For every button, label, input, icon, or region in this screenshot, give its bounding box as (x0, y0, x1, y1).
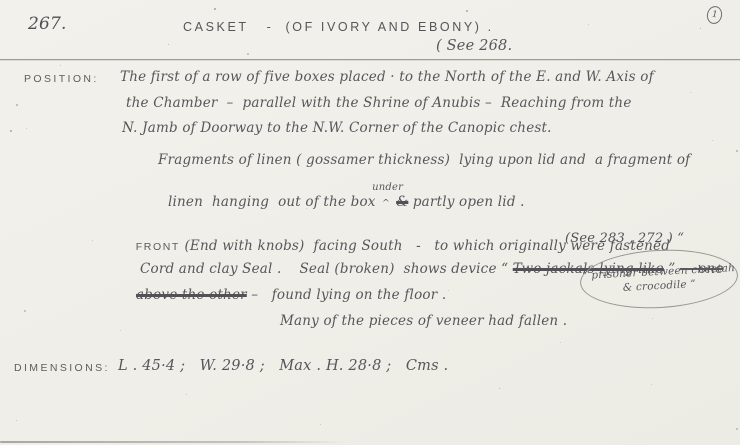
paper-speck (448, 290, 449, 291)
paper-speck (652, 318, 653, 319)
paper-speck (24, 310, 26, 312)
front-line-3-text: – found lying on the floor . (247, 287, 447, 303)
see-reference: ( See 268. (436, 38, 512, 54)
insertion-mark: under^ (380, 196, 396, 206)
dimensions-label: DIMENSIONS: (14, 362, 110, 374)
linen-note-line-2-end: partly open lid . (408, 194, 524, 210)
paper-speck (690, 92, 691, 93)
paper-speck (499, 388, 500, 389)
paper-speck (466, 10, 468, 12)
struck-ampersand: & (396, 194, 408, 210)
page-edge-shadow (0, 441, 345, 443)
paper-speck (736, 150, 738, 152)
header-divider (0, 59, 740, 60)
page-number-badge: 1 (705, 4, 724, 25)
position-line-2: the Chamber – parallel with the Shrine o… (126, 95, 632, 111)
paper-speck (168, 44, 169, 45)
object-number: 267. (28, 14, 67, 34)
paper-speck (651, 384, 652, 385)
paper-speck (92, 240, 93, 241)
record-card-page: 267. CASKET - (OF IVORY AND EBONY) . ( S… (0, 0, 740, 445)
inserted-see-reference: (See 283 , 272 ) “ (565, 231, 684, 246)
veneer-note: Many of the pieces of veneer had fallen … (280, 313, 567, 329)
position-line-1: The first of a row of five boxes placed … (120, 69, 654, 85)
page-number: 1 (711, 9, 719, 20)
paper-speck (16, 104, 18, 106)
paper-speck (120, 330, 121, 331)
paper-speck (16, 420, 17, 421)
position-label: POSITION: (24, 73, 99, 85)
front-note-line-3: above the other – found lying on the flo… (118, 271, 446, 319)
paper-speck (700, 28, 701, 29)
struck-above-the-other: above the other (136, 287, 247, 303)
paper-speck (736, 428, 738, 430)
linen-note-line-1: Fragments of linen ( gossamer thickness)… (158, 152, 690, 168)
paper-speck (540, 70, 541, 71)
paper-speck (10, 130, 12, 132)
paper-speck (588, 24, 589, 25)
paper-speck (26, 128, 27, 129)
paper-speck (186, 394, 187, 395)
paper-speck (247, 53, 249, 55)
linen-note-line-2-text: linen hanging out of the box (168, 194, 380, 210)
paper-speck (320, 424, 321, 425)
paper-speck (60, 65, 61, 66)
page-title: CASKET - (OF IVORY AND EBONY) . (183, 20, 494, 34)
paper-speck (214, 8, 216, 10)
paper-speck (712, 140, 713, 141)
position-line-3: N. Jamb of Doorway to the N.W. Corner of… (122, 120, 552, 136)
caret-icon: ^ (382, 199, 390, 209)
paper-speck (306, 208, 307, 209)
dimensions-value: L . 45·4 ; W. 29·8 ; Max . H. 28·8 ; Cms… (118, 358, 448, 374)
inserted-word: under (372, 182, 403, 193)
paper-speck (560, 342, 561, 343)
circled-annotation-line-2: & crocodile ” (623, 278, 697, 295)
